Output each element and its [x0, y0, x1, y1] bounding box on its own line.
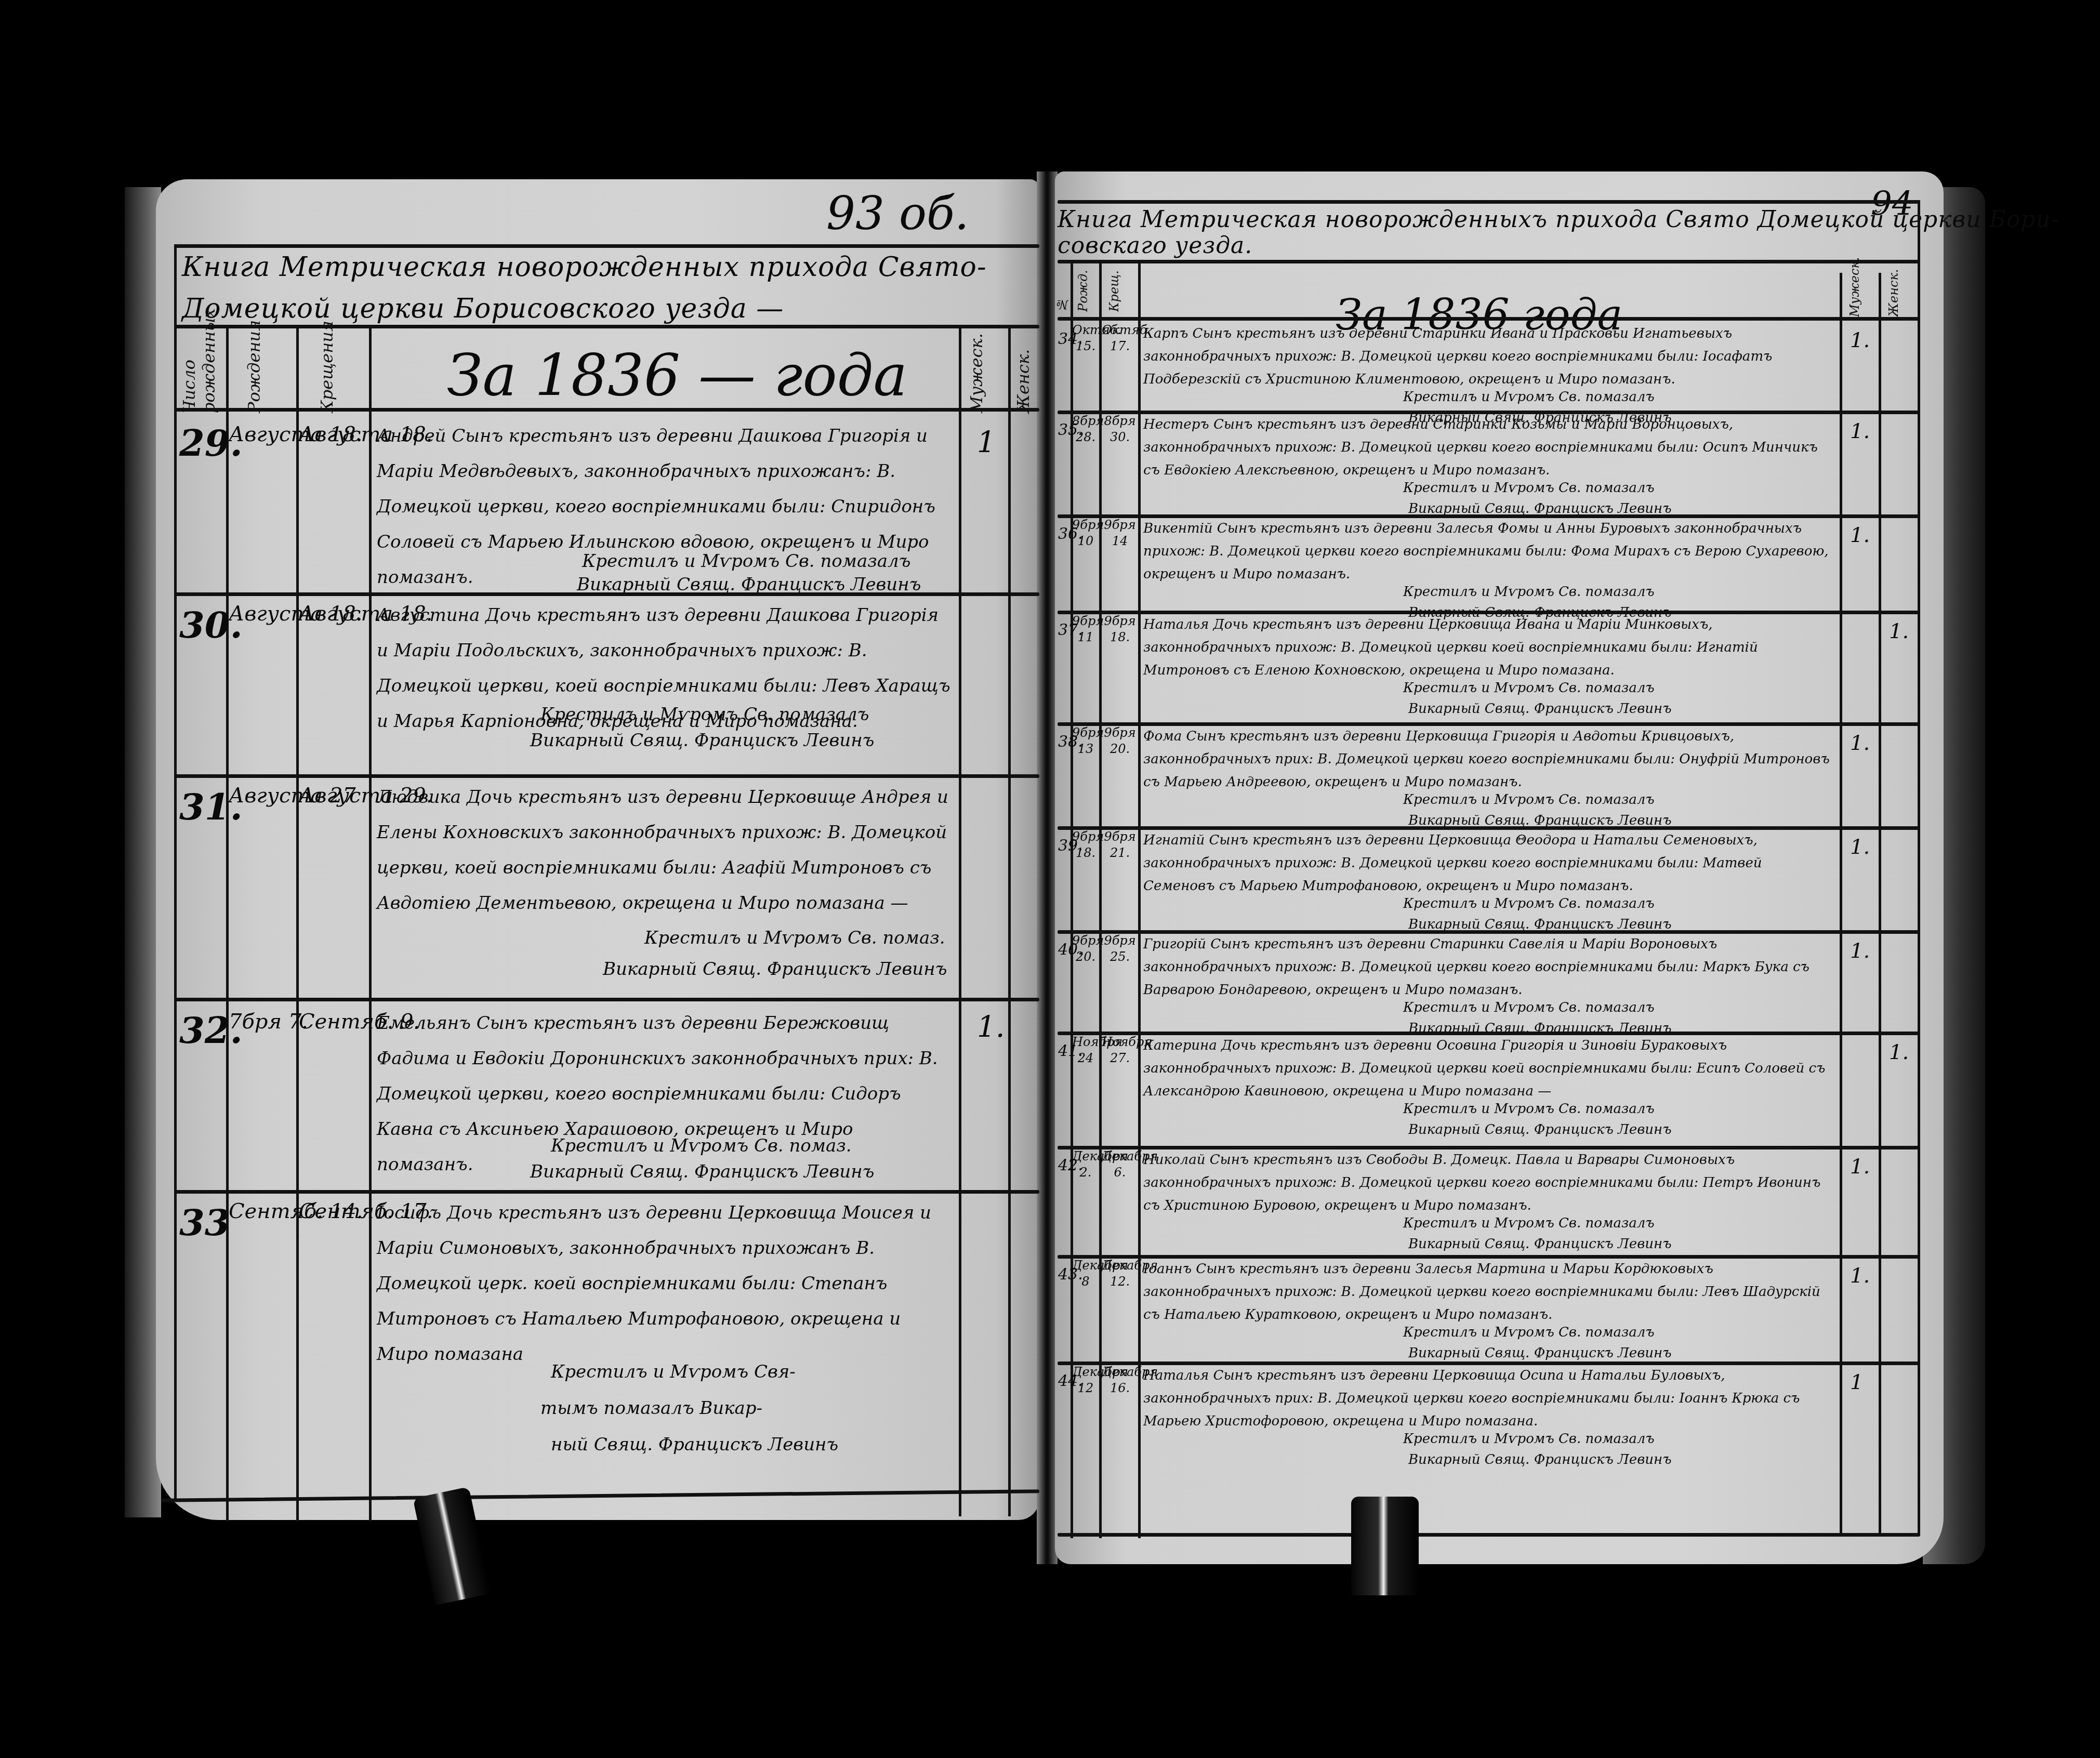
entry-text: Наталья Дочь крестьянъ изъ деревни Церко…: [1143, 613, 1834, 682]
right-col-rule: [1918, 200, 1920, 1536]
entry-baptism-date: Августа 18.: [299, 421, 369, 448]
entry-birth-date: Сентяб. 14.: [229, 1198, 296, 1225]
right-colhead-birth: Рожд.: [1076, 265, 1090, 312]
left-col-rule: [226, 326, 229, 1522]
entry-male-count: 1.: [1850, 1151, 1870, 1182]
left-year-heading: За 1836 — года: [447, 333, 907, 418]
entry-text: Нестеръ Сынъ крестьянъ изъ деревни Стари…: [1143, 413, 1834, 482]
entry-birth-date: 9бря 10: [1072, 517, 1099, 549]
entry-signature: Викарный Свящ. Францискъ Левинъ: [1408, 1450, 1671, 1470]
entry-signature: Викарный Свящ. Францискъ Левинъ: [1408, 1234, 1671, 1254]
entry-baptism-date: Сентяб. 9.: [299, 1008, 369, 1035]
left-col-rule: [296, 326, 299, 1522]
right-colhead-baptism: Крещ.: [1107, 265, 1121, 312]
entry-text: Іоаннъ Сынъ крестьянъ изъ деревни Залесь…: [1143, 1258, 1834, 1326]
entry-signature: Крестилъ и Мѵромъ Св. помазалъ: [540, 702, 869, 728]
right-col-rule: [1138, 260, 1141, 1538]
entry-male-count: 1.: [1850, 831, 1870, 863]
left-row-rule: [174, 592, 1039, 596]
entry-signature: Крестилъ и Мѵромъ Св. помазалъ: [1403, 790, 1655, 810]
left-header-bottom-rule: [174, 325, 1039, 328]
right-col-rule: [1099, 260, 1102, 1538]
entry-male-count: 1: [1850, 1367, 1863, 1398]
right-col-rule: [1071, 260, 1073, 1538]
right-row-rule: [1058, 317, 1920, 321]
left-header-line2: Домецкой церкви Борисовского уезда —: [182, 288, 784, 329]
right-header-bottom-rule: [1058, 260, 1920, 263]
entry-baptism-date: Августа 18.: [299, 600, 369, 627]
entry-male-count: 1.: [977, 1006, 1005, 1049]
entry-signature: Крестилъ и Мѵромъ Св. помаз.: [551, 1133, 852, 1159]
entry-text: Николай Сынъ крестьянъ изъ Свободы В. До…: [1143, 1148, 1834, 1217]
entry-signature: Крестилъ и Мѵромъ Св. помазалъ: [1403, 998, 1655, 1018]
left-row-rule: [174, 998, 1039, 1001]
entry-birth-date: Августа 18.: [229, 600, 296, 627]
entry-baptism-date: 8бря 30.: [1102, 413, 1138, 445]
entry-male-count: 1.: [1850, 728, 1870, 759]
entry-birth-date: 9бря 20.: [1072, 933, 1099, 965]
entry-female-count: 1.: [1889, 616, 1909, 647]
entry-male-count: 1.: [1850, 1260, 1870, 1291]
entry-text: Людвика Дочь крестьянъ изъ деревни Церко…: [377, 779, 954, 921]
entry-baptism-date: Сентяб. 17.: [299, 1198, 369, 1225]
left-col-rule: [1008, 326, 1011, 1516]
right-header-line2: совскаго уезда.: [1058, 229, 1252, 263]
entry-text: Іосифъ Дочь крестьянъ изъ деревни Церков…: [377, 1195, 954, 1372]
entry-birth-date: Августа 27: [229, 782, 296, 809]
entry-birth-date: Ноября 24: [1072, 1034, 1099, 1066]
entry-male-count: 1.: [1850, 935, 1870, 967]
entry-birth-date: 8бря 28.: [1072, 413, 1099, 445]
entry-signature: Крестилъ и Мѵромъ Св. помазалъ: [1403, 678, 1655, 698]
entry-signature: Викарный Свящ. Францискъ Левинъ: [1408, 699, 1671, 719]
entry-birth-date: Октяб. 15.: [1072, 322, 1099, 354]
entry-baptism-date: Декабря 12.: [1102, 1258, 1138, 1290]
entry-signature: Крестилъ и Мѵромъ Св. помазалъ: [1403, 894, 1655, 914]
right-col-rule: [1879, 273, 1881, 1536]
entry-signature: Крестилъ и Мѵромъ Св. помазалъ: [1403, 478, 1655, 498]
entry-baptism-date: 9бря 14: [1102, 517, 1138, 549]
entry-signature: Викарный Свящ. Францискъ Левинъ: [603, 956, 947, 983]
entry-text: Викентій Сынъ крестьянъ изъ деревни Зале…: [1143, 517, 1834, 586]
left-row-rule: [174, 408, 1039, 412]
entry-signature: Крестилъ и Мѵромъ Св. помазалъ: [1403, 1323, 1655, 1343]
entry-signature: Крестилъ и Мѵромъ Св. помазалъ: [1403, 387, 1655, 407]
right-colhead-female: Женск.: [1886, 270, 1901, 317]
entry-birth-date: Декабря 8: [1072, 1258, 1099, 1290]
entry-signature: Крестилъ и Мѵромъ Свя-: [551, 1359, 796, 1385]
entry-male-count: 1.: [1850, 520, 1870, 551]
entry-birth-date: 7бря 7.: [229, 1008, 296, 1035]
entry-signature: Крестилъ и Мѵромъ Св. помазалъ: [1403, 1429, 1655, 1449]
right-row-rule: [1058, 1533, 1920, 1537]
entry-male-count: 1: [977, 421, 996, 465]
left-col-rule: [369, 326, 372, 1522]
entry-text: Катерина Дочь крестьянъ изъ деревни Осов…: [1143, 1034, 1834, 1103]
entry-baptism-date: Августа 29.: [299, 782, 369, 809]
entry-female-count: 1.: [1889, 1037, 1909, 1068]
entry-birth-date: 9бря 18.: [1072, 829, 1099, 861]
left-folio-number: 93 об.: [826, 179, 969, 248]
entry-signature: Крестилъ и Мѵромъ Св. помаз.: [644, 925, 945, 951]
entry-birth-date: Декабря 12: [1072, 1364, 1099, 1396]
entry-text: Наталья Сынъ крестьянъ изъ деревни Церко…: [1143, 1364, 1834, 1433]
left-row-rule: [174, 774, 1039, 778]
entry-baptism-date: 9бря 18.: [1102, 613, 1138, 645]
entry-signature: Викарный Свящ. Францискъ Левинъ: [530, 1159, 874, 1185]
entry-text: Игнатій Сынъ крестьянъ изъ деревни Церко…: [1143, 829, 1834, 897]
entry-text: Карпъ Сынъ крестьянъ изъ деревни Старинк…: [1143, 322, 1834, 391]
entry-baptism-date: 9бря 20.: [1102, 725, 1138, 757]
entry-signature: Викарный Свящ. Францискъ Левинъ: [1408, 1343, 1671, 1364]
entry-number: 33: [179, 1195, 230, 1250]
entry-text: Григорій Сынъ крестьянъ изъ деревни Стар…: [1143, 933, 1834, 1001]
left-colhead-number: Число рожденных: [179, 335, 219, 413]
right-colhead-male: Мужеск.: [1847, 270, 1862, 317]
entry-baptism-date: 9бря 25.: [1102, 933, 1138, 965]
left-colhead-female: Женск.: [1013, 335, 1033, 413]
entry-signature: Викарный Свящ. Францискъ Левинъ: [530, 728, 874, 754]
left-colhead-birth: Рождения: [244, 335, 264, 413]
book-gutter: [1037, 171, 1058, 1564]
entry-signature: тымъ помазалъ Викар-: [540, 1395, 762, 1422]
entry-baptism-date: Октяб. 17.: [1102, 322, 1138, 354]
entry-baptism-date: Декабря 16.: [1102, 1364, 1138, 1396]
entry-birth-date: 9бря 11: [1072, 613, 1099, 645]
page-clip-right: [1351, 1497, 1419, 1595]
left-header-line1: Книга Метрическая новорожденных прихода …: [182, 247, 987, 287]
entry-signature: Крестилъ и Мѵромъ Св. помазалъ: [1403, 1213, 1655, 1234]
entry-male-count: 1.: [1850, 416, 1870, 447]
left-colhead-male: Мужеск.: [967, 335, 986, 413]
entry-male-count: 1.: [1850, 325, 1870, 356]
entry-signature: Крестилъ и Мѵромъ Св. помазалъ: [1403, 582, 1655, 602]
entry-baptism-date: Ноября 27.: [1102, 1034, 1138, 1066]
entry-signature: Крестилъ и Мѵромъ Св. помазалъ: [582, 548, 910, 575]
right-col-rule: [1840, 273, 1842, 1536]
entry-birth-date: Августа 18.: [229, 421, 296, 448]
entry-birth-date: 9бря 13: [1072, 725, 1099, 757]
entry-signature: ный Свящ. Францискъ Левинъ: [551, 1432, 838, 1458]
entry-signature: Крестилъ и Мѵромъ Св. помазалъ: [1403, 1099, 1655, 1119]
entry-baptism-date: 9бря 21.: [1102, 829, 1138, 861]
entry-signature: Викарный Свящ. Францискъ Левинъ: [1408, 1120, 1671, 1140]
left-col-rule: [174, 244, 177, 1502]
entry-baptism-date: Декабря 6.: [1102, 1148, 1138, 1181]
left-col-rule: [959, 326, 961, 1516]
right-colhead-number: №: [1055, 265, 1069, 312]
left-colhead-baptism: Крещения: [317, 335, 337, 413]
left-row-rule: [174, 1190, 1039, 1194]
entry-text: Фомa Сынъ крестьянъ изъ деревни Церковищ…: [1143, 725, 1834, 794]
entry-birth-date: Декабря 2.: [1072, 1148, 1099, 1181]
